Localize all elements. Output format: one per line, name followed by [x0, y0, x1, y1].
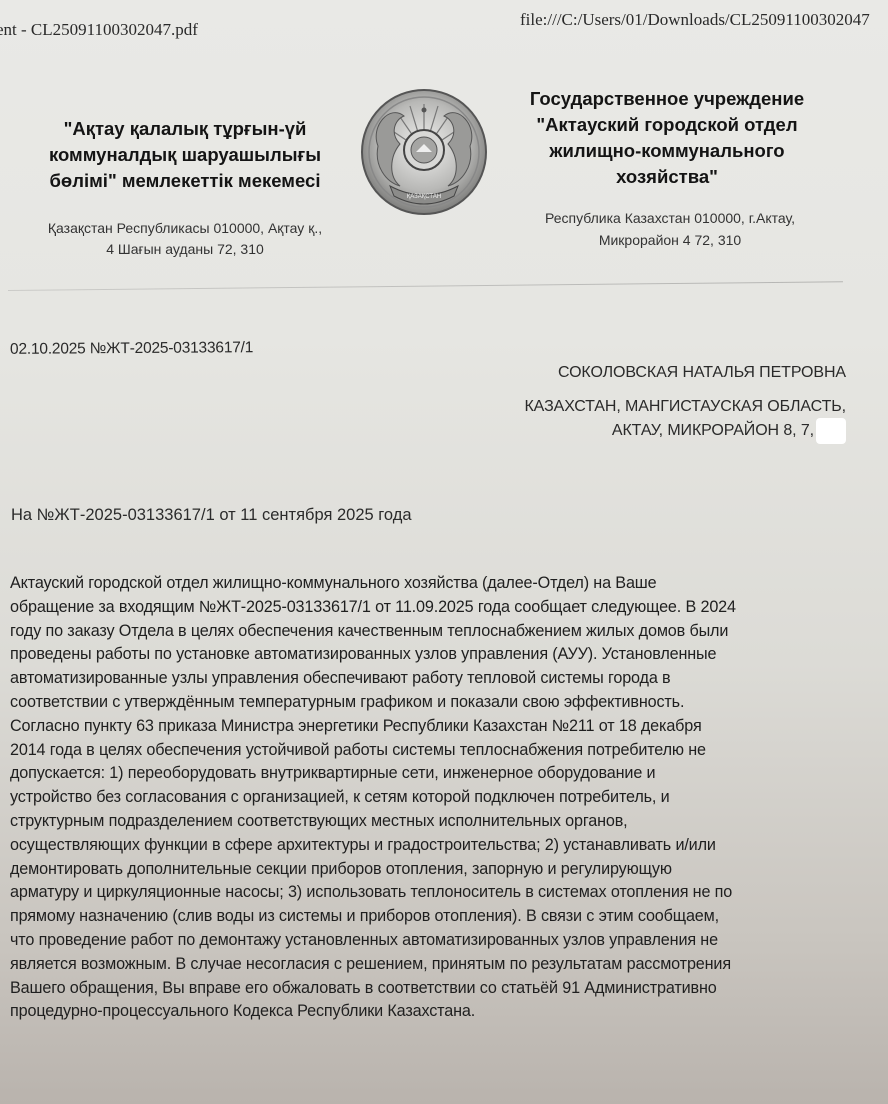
body-line: году по заказу Отдела в целях обеспечени…: [10, 620, 870, 644]
body-line: процедурно-процессуального Кодекса Респу…: [10, 1000, 870, 1024]
in-reply-to: На №ЖТ-2025-03133617/1 от 11 сентября 20…: [11, 506, 412, 525]
body-line: проведены работы по установке автоматизи…: [10, 643, 870, 667]
body-line: устройство без согласования с организаци…: [10, 786, 870, 810]
state-emblem-icon: ҚАЗАҚСТАН: [360, 86, 488, 218]
org-kz-line: бөлімі" мемлекеттік мекемесі: [20, 168, 350, 194]
body-line: арматуру и циркуляционные насосы; 3) исп…: [10, 881, 870, 905]
addr-ru-line: Микрорайон 4 72, 310: [505, 229, 835, 251]
body-line: прямому назначению (слив воды из системы…: [10, 905, 870, 929]
redaction-box: [816, 418, 846, 444]
recipient-address-text: АКТАУ, МИКРОРАЙОН 8, 7,: [612, 422, 814, 439]
org-ru-line: Государственное учреждение: [512, 86, 822, 112]
org-name-russian: Государственное учреждение "Актауский го…: [512, 86, 822, 190]
print-document-title: ent - CL25091100302047.pdf: [0, 20, 198, 40]
svg-text:ҚАЗАҚСТАН: ҚАЗАҚСТАН: [407, 194, 442, 200]
recipient-name: СОКОЛОВСКАЯ НАТАЛЬЯ ПЕТРОВНА: [470, 362, 846, 384]
org-kz-line: коммуналдық шаруашылығы: [20, 142, 350, 168]
org-kz-line: "Ақтау қалалық тұрғын-үй: [20, 116, 350, 142]
body-line: демонтировать дополнительные секции приб…: [10, 858, 870, 882]
outgoing-reference: 02.10.2025 №ЖТ-2025-03133617/1: [10, 339, 253, 359]
org-ru-line: жилищно-коммунального: [512, 138, 822, 164]
print-file-url: file:///C:/Users/01/Downloads/CL25091100…: [520, 10, 870, 30]
org-address-kazakh: Қазақстан Республикасы 010000, Ақтау қ.,…: [10, 218, 360, 260]
body-line: Актауский городской отдел жилищно-коммун…: [10, 572, 870, 596]
letter-body: Актауский городской отдел жилищно-коммун…: [10, 572, 870, 1024]
body-line: 2014 года в целях обеспечения устойчивой…: [10, 739, 870, 763]
body-line: автоматизированные узлы управления обесп…: [10, 667, 870, 691]
body-line: обращение за входящим №ЖТ-2025-03133617/…: [10, 596, 870, 620]
org-ru-line: "Актауский городской отдел: [512, 112, 822, 138]
org-name-kazakh: "Ақтау қалалық тұрғын-үй коммуналдық шар…: [20, 116, 350, 194]
body-line: соответствии с утверждённым температурны…: [10, 691, 870, 715]
letterhead-divider: [8, 281, 843, 291]
org-address-russian: Республика Казахстан 010000, г.Актау, Ми…: [505, 207, 835, 251]
body-line: Согласно пункту 63 приказа Министра энер…: [10, 715, 870, 739]
org-ru-line: хозяйства": [512, 164, 822, 190]
addr-kz-line: 4 Шағын ауданы 72, 310: [10, 239, 360, 260]
addr-kz-line: Қазақстан Республикасы 010000, Ақтау қ.,: [10, 218, 360, 239]
recipient-block: СОКОЛОВСКАЯ НАТАЛЬЯ ПЕТРОВНА КАЗАХСТАН, …: [470, 362, 846, 444]
body-line: допускается: 1) переоборудовать внутрикв…: [10, 762, 870, 786]
body-line: структурным подразделением соответствующ…: [10, 810, 870, 834]
body-line: Вашего обращения, Вы вправе его обжалова…: [10, 977, 870, 1001]
body-line: осуществляющих функции в сфере архитекту…: [10, 834, 870, 858]
body-line: является возможным. В случае несогласия …: [10, 953, 870, 977]
body-line: что проведение работ по демонтажу устано…: [10, 929, 870, 953]
recipient-address-line: КАЗАХСТАН, МАНГИСТАУСКАЯ ОБЛАСТЬ,: [470, 396, 846, 418]
addr-ru-line: Республика Казахстан 010000, г.Актау,: [505, 207, 835, 229]
recipient-address-line-2: АКТАУ, МИКРОРАЙОН 8, 7,: [470, 418, 846, 444]
